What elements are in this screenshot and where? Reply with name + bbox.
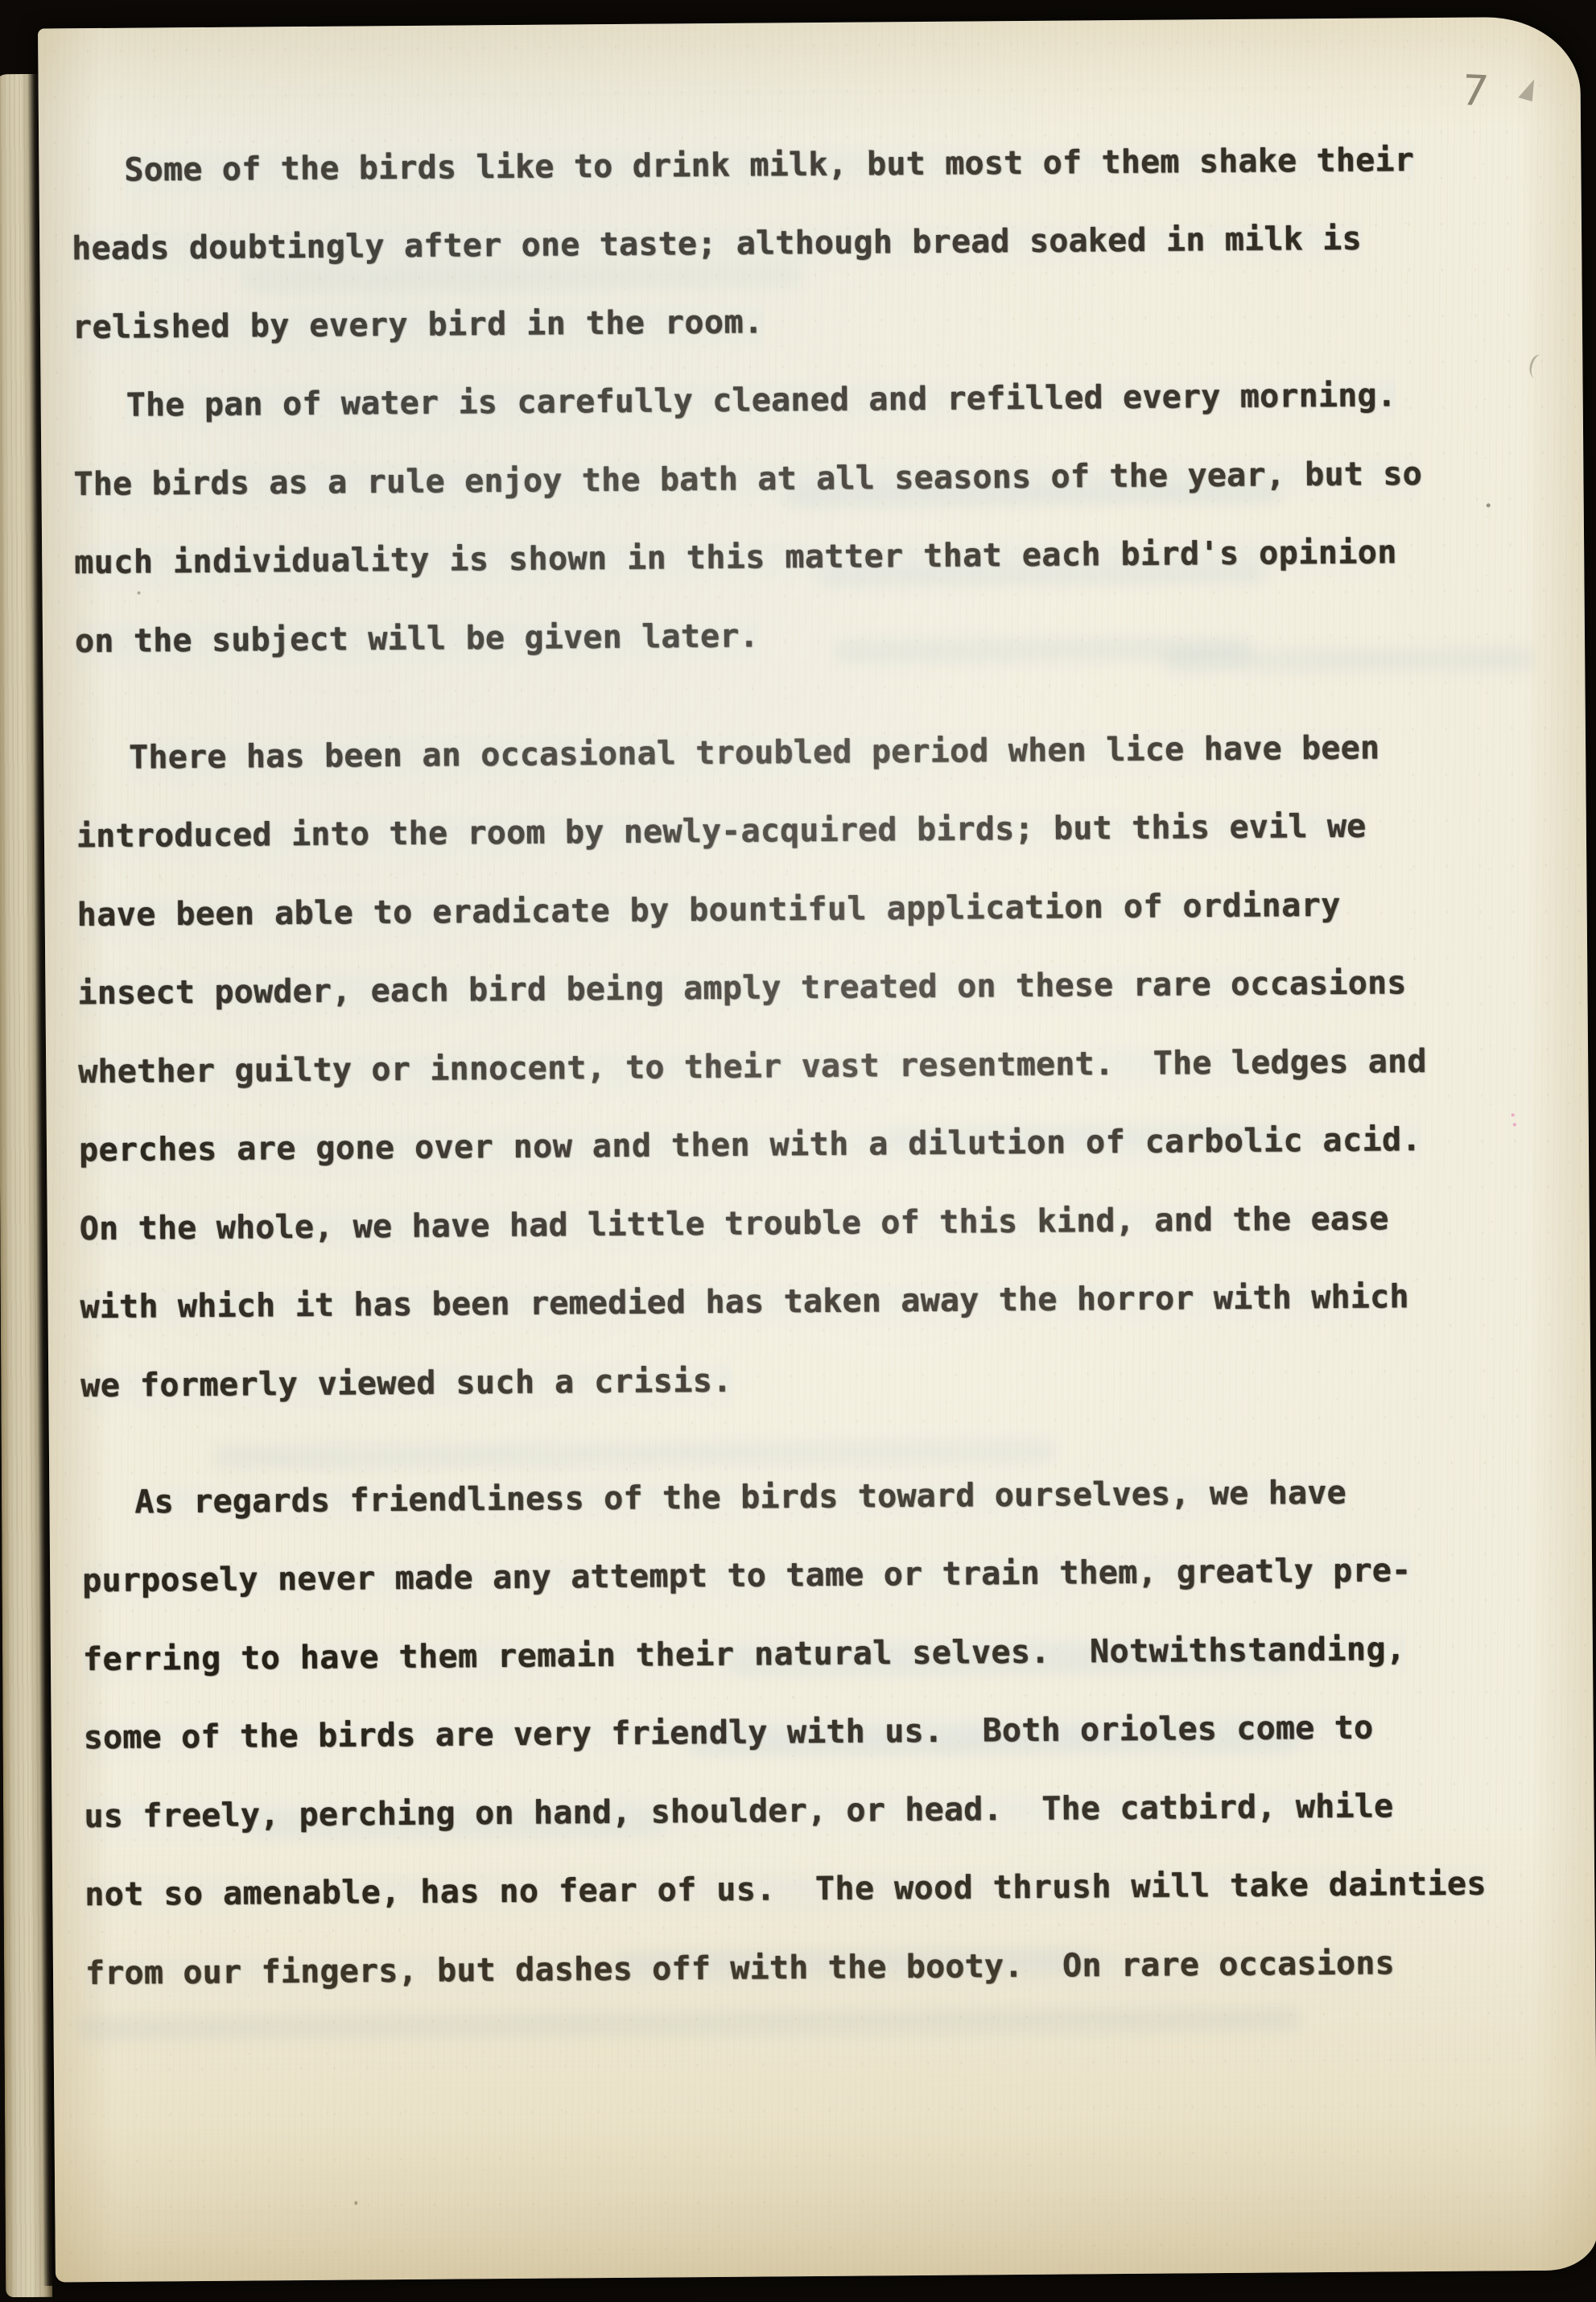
paragraph-block-1: Some of the birds like to drink milk, bu… xyxy=(71,120,1540,681)
typed-line: On the whole, we have had little trouble… xyxy=(79,1180,1389,1269)
typed-line: from our fingers, but dashes off with th… xyxy=(85,1925,1396,2013)
photographed-typescript-page: 7 Some of the birds like to drink milk, … xyxy=(0,0,1596,2302)
paragraph-block-2: There has been an occasional troubled pe… xyxy=(76,708,1546,1425)
typed-line: relished by every bird in the room. xyxy=(72,283,764,367)
typed-line: As regards friendliness of the birds tow… xyxy=(134,1454,1346,1542)
typed-line: insect powder, each bird being amply tre… xyxy=(77,944,1407,1033)
typescript-page: 7 Some of the birds like to drink milk, … xyxy=(38,17,1596,2283)
typed-line: not so amenable, has no fear of us. The … xyxy=(85,1845,1487,1934)
typed-line: have been able to eradicate by bountiful… xyxy=(76,867,1341,955)
typed-line: some of the birds are very friendly with… xyxy=(83,1689,1373,1777)
typed-line: us freely, perching on hand, shoulder, o… xyxy=(84,1768,1394,1856)
paragraph-block-3: As regards friendliness of the birds tow… xyxy=(81,1452,1550,2013)
pencil-corner-mark xyxy=(1518,76,1538,101)
page-number: 7 xyxy=(1458,67,1491,116)
typed-line: heads doubtingly after one taste; althou… xyxy=(72,200,1362,288)
typed-line: whether guilty or innocent, to their vas… xyxy=(78,1023,1427,1112)
typed-line: There has been an occasional troubled pe… xyxy=(129,709,1380,798)
typed-line: The pan of water is carefully cleaned an… xyxy=(126,357,1396,445)
typed-line: ferring to have them remain their natura… xyxy=(83,1611,1406,1699)
typed-line: perches are gone over now and then with … xyxy=(79,1101,1422,1190)
typed-line: much individuality is shown in this matt… xyxy=(74,514,1397,602)
typed-line: introduced into the room by newly-acquir… xyxy=(76,787,1367,876)
typed-line: The birds as a rule enjoy the bath at al… xyxy=(73,435,1422,525)
typed-line: purposely never made any attempt to tame… xyxy=(82,1532,1412,1620)
typed-line: Some of the birds like to drink milk, bu… xyxy=(124,122,1414,210)
typed-line: on the subject will be given later. xyxy=(75,597,760,681)
ink-speck xyxy=(354,2201,357,2205)
typed-line: we formerly viewed such a crisis. xyxy=(80,1343,732,1426)
typed-line: with which it has been remedied has take… xyxy=(80,1258,1409,1347)
